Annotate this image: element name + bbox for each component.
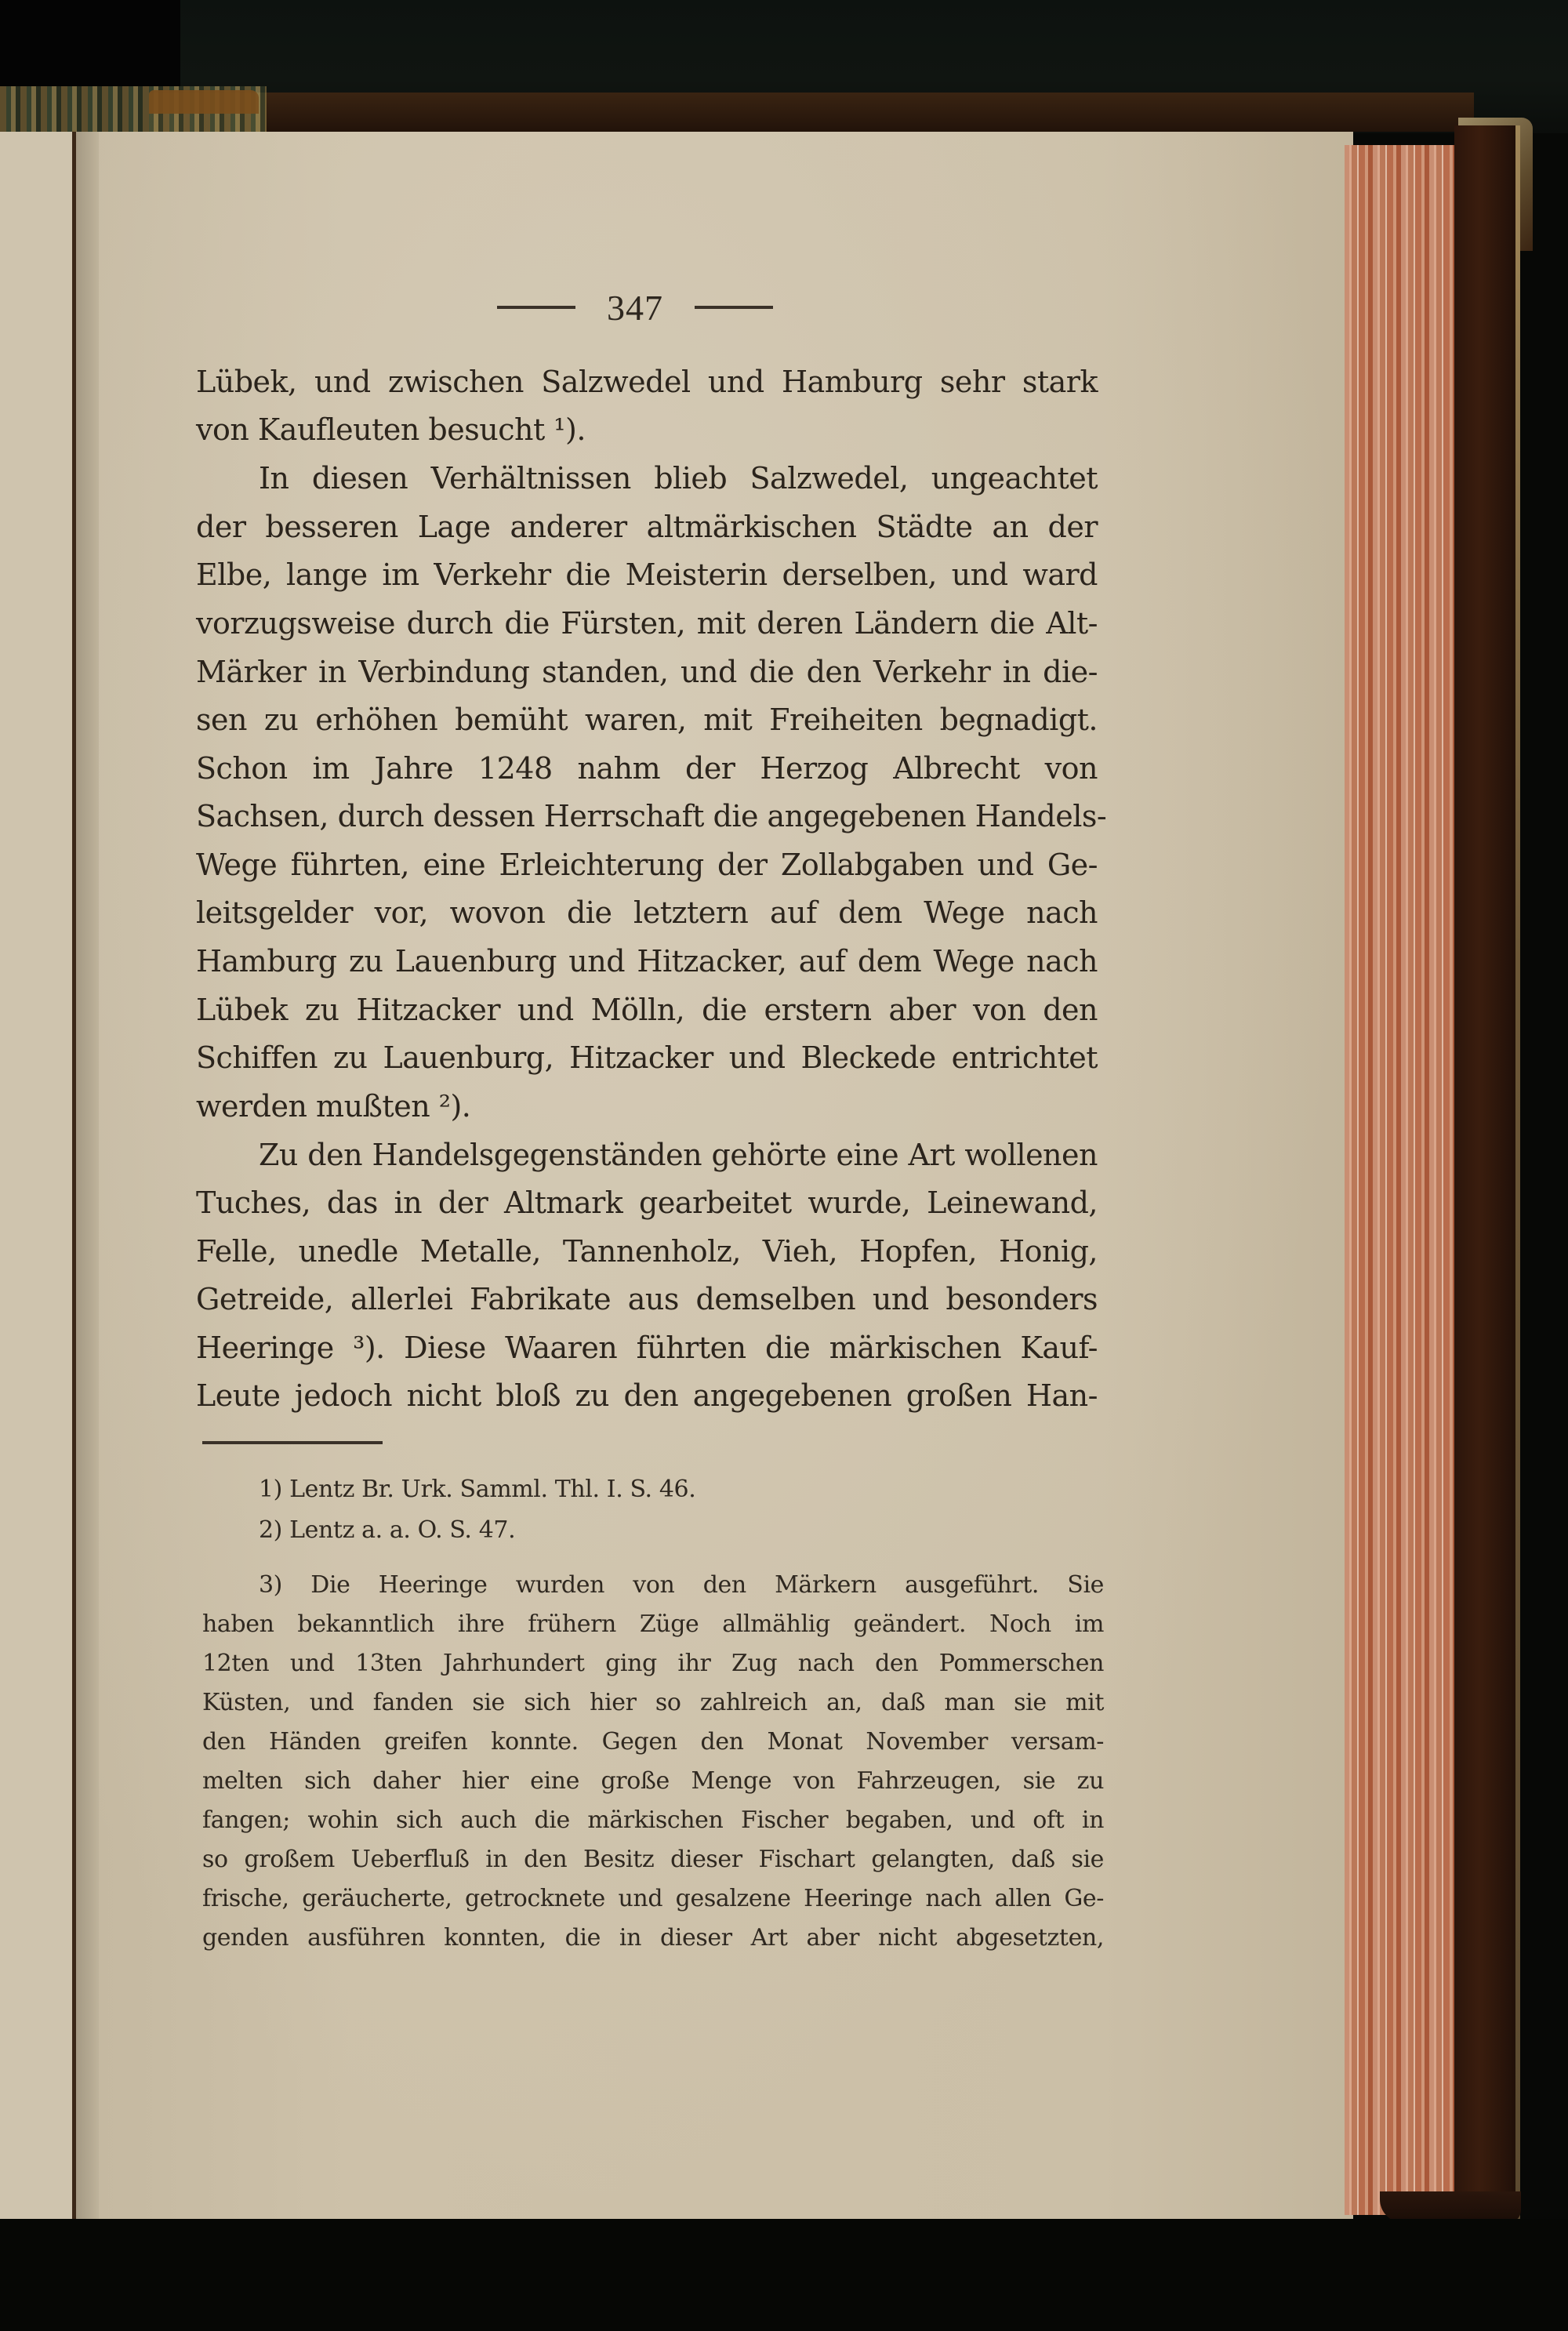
body-line: Wege führten, eine Erleichterung der Zol…	[196, 845, 1098, 884]
body-line: Märker in Verbindung standen, und die de…	[196, 652, 1098, 692]
body-line: vorzugsweise durch die Fürsten, mit dere…	[196, 604, 1098, 643]
footnote-line: fangen; wohin sich auch die märkischen F…	[202, 1805, 1104, 1836]
footnote-line: haben bekanntlich ihre frühern Züge allm…	[202, 1609, 1104, 1640]
header-dash-left	[497, 306, 575, 309]
footnote-line: melten sich daher hier eine große Menge …	[202, 1766, 1104, 1797]
page-header: 347	[486, 284, 784, 331]
body-line: Hamburg zu Lauenburg und Hitzacker, auf …	[196, 942, 1098, 981]
footnote-line: 12ten und 13ten Jahrhundert ging ihr Zug…	[202, 1648, 1104, 1679]
body-line: leitsgelder vor, wovon die letztern auf …	[196, 893, 1098, 932]
body-line: Lübek zu Hitzacker und Mölln, die erster…	[196, 990, 1098, 1029]
page-number: 347	[607, 287, 663, 329]
body-line: der besseren Lage anderer altmärkischen …	[196, 507, 1098, 546]
body-line: Getreide, allerlei Fabrikate aus demselb…	[196, 1280, 1098, 1319]
footnote-2: 2) Lentz a. a. O. S. 47.	[259, 1515, 1104, 1546]
body-line: Heeringe ³). Diese Waaren führten die mä…	[196, 1328, 1098, 1367]
footnote-1: 1) Lentz Br. Urk. Samml. Thl. I. S. 46.	[259, 1474, 1104, 1505]
body-line: Felle, unedle Metalle, Tannenholz, Vieh,…	[196, 1232, 1098, 1271]
body-line: Schiffen zu Lauenburg, Hitzacker und Ble…	[196, 1038, 1098, 1077]
page-text: 347 Lübek, und zwischen Salzwedel und Ha…	[0, 0, 1568, 2331]
body-line: Elbe, lange im Verkehr die Meisterin der…	[196, 555, 1098, 594]
body-line: Tuches, das in der Altmark gearbeitet wu…	[196, 1183, 1098, 1222]
body-line: Leute jedoch nicht bloß zu den angegeben…	[196, 1376, 1098, 1415]
paragraph-start: In diesen Verhältnissen blieb Salzwedel,…	[259, 459, 1098, 498]
body-line: von Kaufleuten besucht ¹).	[196, 410, 1098, 449]
footnote-line: so großem Ueberfluß in den Besitz dieser…	[202, 1844, 1104, 1875]
footnote-3-start: 3) Die Heeringe wurden von den Märkern a…	[259, 1570, 1104, 1601]
body-line: werden mußten ²).	[196, 1087, 1098, 1126]
body-line: Sachsen, durch dessen Herrschaft die ang…	[196, 797, 1098, 836]
body-line: Lübek, und zwischen Salzwedel und Hambur…	[196, 362, 1098, 401]
footnote-line: frische, geräucherte, getrocknete und ge…	[202, 1883, 1104, 1915]
footnote-line: genden ausführen konnten, die in dieser …	[202, 1923, 1104, 1954]
body-line: Schon im Jahre 1248 nahm der Herzog Albr…	[196, 749, 1098, 788]
body-line: sen zu erhöhen bemüht waren, mit Freihei…	[196, 700, 1098, 739]
footnote-line: Küsten, und fanden sie sich hier so zahl…	[202, 1687, 1104, 1719]
footnote-separator	[202, 1441, 383, 1444]
footnote-line: den Händen greifen konnte. Gegen den Mon…	[202, 1726, 1104, 1758]
header-dash-right	[695, 306, 773, 309]
paragraph-start: Zu den Handelsgegenständen gehörte eine …	[259, 1135, 1098, 1175]
